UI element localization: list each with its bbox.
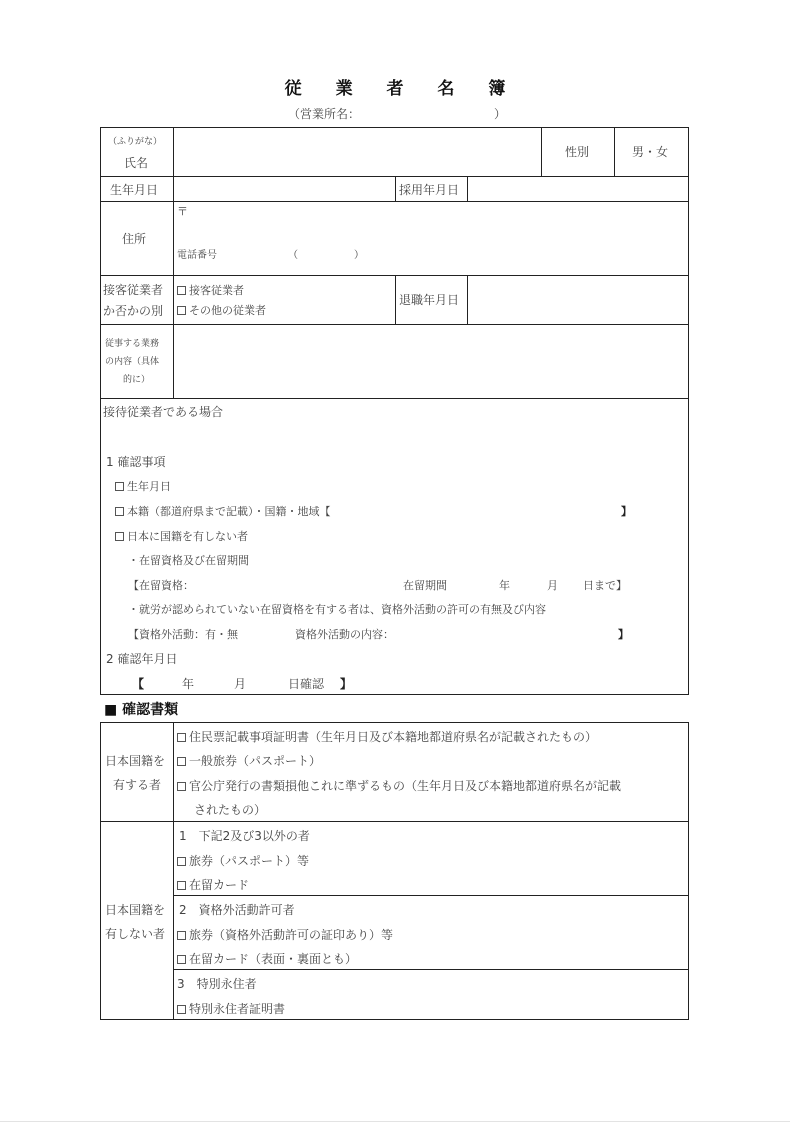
row-divider [100,821,689,822]
checkbox-icon[interactable] [177,782,186,791]
foreign-label-line2: 有しない者 [105,925,165,942]
duty-label-line2: の内容（具体 [105,354,159,367]
row-divider [100,398,689,399]
residence-period-label: 在留期間 [403,577,447,593]
name-label: 氏名 [124,154,148,171]
duty-label-line1: 従事する業務 [105,336,159,349]
extra-activity-content-label: 資格外活動の内容： [295,626,394,642]
residence-year: 年 [499,577,510,593]
official-doc-continued: されたもの） [194,801,266,818]
confirm-date-title: 2 確認年月日 [106,650,177,667]
office-name-close: ） [494,105,506,122]
checkbox-icon[interactable] [177,955,186,964]
checkbox-residence-card[interactable]: 在留カード [177,876,249,893]
col-divider [395,275,396,325]
checkbox-resident-cert[interactable]: 住民票記載事項証明書（生年月日及び本籍地都道府県名が記載されたもの） [177,728,597,745]
japanese-label-line1: 日本国籍を [105,752,165,769]
duty-label-line3: 的に） [123,372,150,385]
hire-date-field[interactable] [469,178,687,200]
sex-label: 性別 [565,143,589,160]
phone-paren-close: ） [354,246,364,261]
checkbox-domicile-nationality[interactable]: 本籍（都道府県まで記載）・国籍・地域【 [115,503,331,519]
confirm-year: 年 [182,675,194,692]
retire-date-field[interactable] [469,277,687,323]
checkbox-icon[interactable] [115,507,124,516]
furigana-label: （ふりがな） [108,134,162,147]
office-name-label: （営業所名： [288,105,360,122]
foreign-label-line1: 日本国籍を [105,901,165,918]
hire-date-label: 採用年月日 [399,181,459,198]
phone-label: 電話番号 [177,246,217,261]
birth-date-label: 生年月日 [110,181,158,198]
address-label: 住所 [122,230,146,247]
checkbox-icon[interactable] [177,733,186,742]
row-divider [173,895,689,896]
japanese-label-line2: 有する者 [113,776,161,793]
checkbox-passport-stamped[interactable]: 旅券（資格外活動許可の証印あり）等 [177,926,393,943]
checkbox-icon[interactable] [177,881,186,890]
employee-type-label-line2: か否かの別 [103,302,163,319]
postal-mark: 〒 [177,203,188,219]
checkbox-icon[interactable] [177,857,186,866]
col-divider [541,127,542,177]
checkbox-special-resident-cert[interactable]: 特別永住者証明書 [177,1000,285,1017]
col-divider [467,176,468,202]
col-divider [395,176,396,202]
col-divider [173,722,174,1020]
group-2-title: 2 資格外活動許可者 [179,901,295,918]
work-permit-note: ・就労が認められていない在留資格を有する者は、資格外活動の許可の有無及び内容 [128,601,546,617]
domicile-bracket-close: 】 [621,503,632,519]
checkbox-host-employee[interactable]: 接客従業者 [177,282,244,298]
row-divider [173,969,689,970]
name-field[interactable] [175,129,540,175]
checkbox-icon[interactable] [115,532,124,541]
checkbox-other-employee[interactable]: その他の従業者 [177,302,266,318]
checkbox-icon[interactable] [177,286,186,295]
col-divider [614,127,615,177]
col-divider [467,275,468,325]
birth-date-field[interactable] [175,178,394,200]
page-bottom-divider [0,1121,790,1122]
residence-month: 月 [547,577,558,593]
checkbox-non-japanese[interactable]: 日本に国籍を有しない者 [115,528,248,544]
checkbox-official-doc[interactable]: 官公庁発行の書類損他これに準ずるもの（生年月日及び本籍地都道府県名が記載 [177,777,621,794]
confirm-date-open: 【 [132,675,144,692]
confirm-day: 日確認 [288,675,324,692]
checkbox-icon[interactable] [177,757,186,766]
extra-activity-close: 】 [618,626,629,642]
extra-activity-label: 【資格外活動：有・無 [128,626,238,642]
residence-status-label: 【在留資格： [128,577,194,593]
confirm-date-close: 】 [340,675,352,692]
checkbox-passport[interactable]: 一般旅券（パスポート） [177,752,321,769]
duty-description-field[interactable] [175,326,687,397]
address-field[interactable] [190,203,685,241]
checkbox-birth-date[interactable]: 生年月日 [115,478,171,494]
documents-section-heading: ■ 確認書類 [104,699,178,719]
group-3-title: 3 特別永住者 [177,975,257,992]
checkbox-passport-etc[interactable]: 旅券（パスポート）等 [177,852,309,869]
residence-note: ・在留資格及び在留期間 [128,552,249,568]
confirm-month: 月 [234,675,246,692]
checkbox-icon[interactable] [177,306,186,315]
host-section-heading: 接待従業者である場合 [103,403,223,420]
retire-date-label: 退職年月日 [399,291,459,308]
residence-until: 日まで】 [583,577,627,593]
checkbox-residence-card-both[interactable]: 在留カード（表面・裏面とも） [177,950,357,967]
document-title: 従 業 者 名 簿 [0,74,790,99]
checkbox-icon[interactable] [115,482,124,491]
col-divider [173,127,174,399]
checkbox-icon[interactable] [177,931,186,940]
employee-type-label-line1: 接客従業者 [103,281,163,298]
confirm-items-title: 1 確認事項 [106,453,165,470]
group-1-title: 1 下記2及び3以外の者 [179,827,310,844]
checkbox-icon[interactable] [177,1005,186,1014]
phone-paren-open: （ [288,246,298,261]
sex-value[interactable]: 男・女 [632,143,668,160]
